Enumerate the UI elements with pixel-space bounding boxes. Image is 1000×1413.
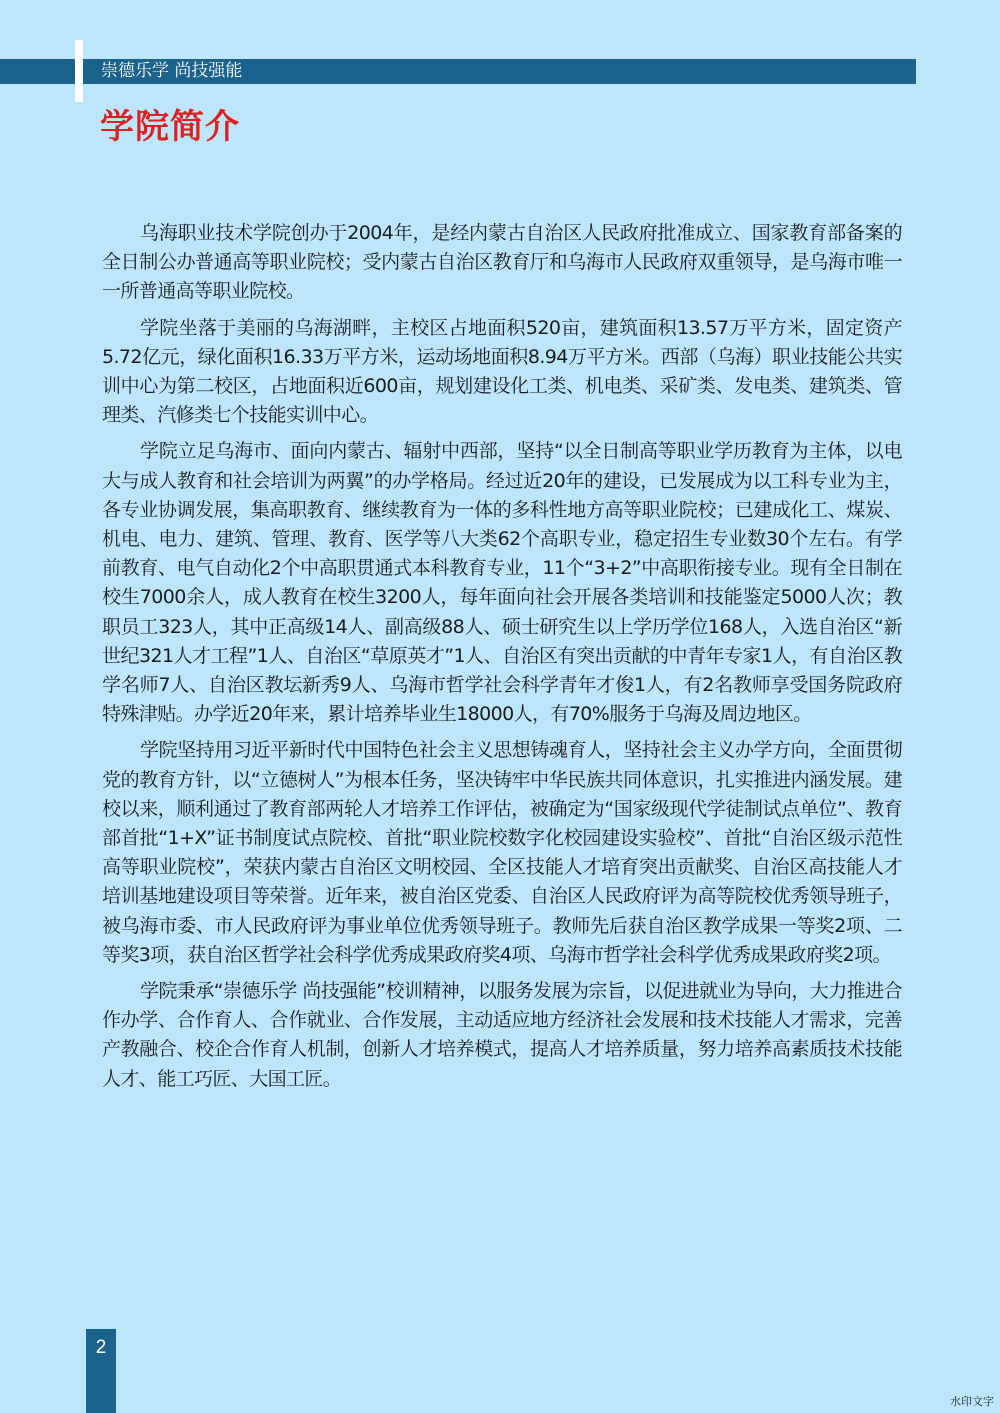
paragraph-development: 学院立足乌海市、面向内蒙古、辐射中西部，坚持“以全日制高等职业学历教育为主体，以… [102, 437, 902, 729]
header-motto: 崇德乐学 尚技强能 [101, 59, 242, 84]
article-body: 乌海职业技术学院创办于2004年，是经内蒙古自治区人民政府批准成立、国家教育部备… [102, 219, 902, 1101]
paragraph-mission: 学院秉承“崇德乐学 尚技强能”校训精神，以服务发展为宗旨，以促进就业为导向，大力… [102, 977, 902, 1094]
paragraph-campus: 学院坐落于美丽的乌海湖畔，主校区占地面积520亩，建筑面积13.57万平方米，固… [102, 314, 902, 431]
page-title: 学院简介 [100, 104, 240, 150]
page-number: 2 [86, 1336, 116, 1360]
watermark: 水印文字 [950, 1393, 994, 1409]
paragraph-founding: 乌海职业技术学院创办于2004年，是经内蒙古自治区人民政府批准成立、国家教育部备… [102, 219, 902, 307]
header-accent-stripe [75, 40, 83, 102]
paragraph-honors: 学院坚持用习近平新时代中国特色社会主义思想铸魂育人，坚持社会主义办学方向，全面贯… [102, 736, 902, 970]
